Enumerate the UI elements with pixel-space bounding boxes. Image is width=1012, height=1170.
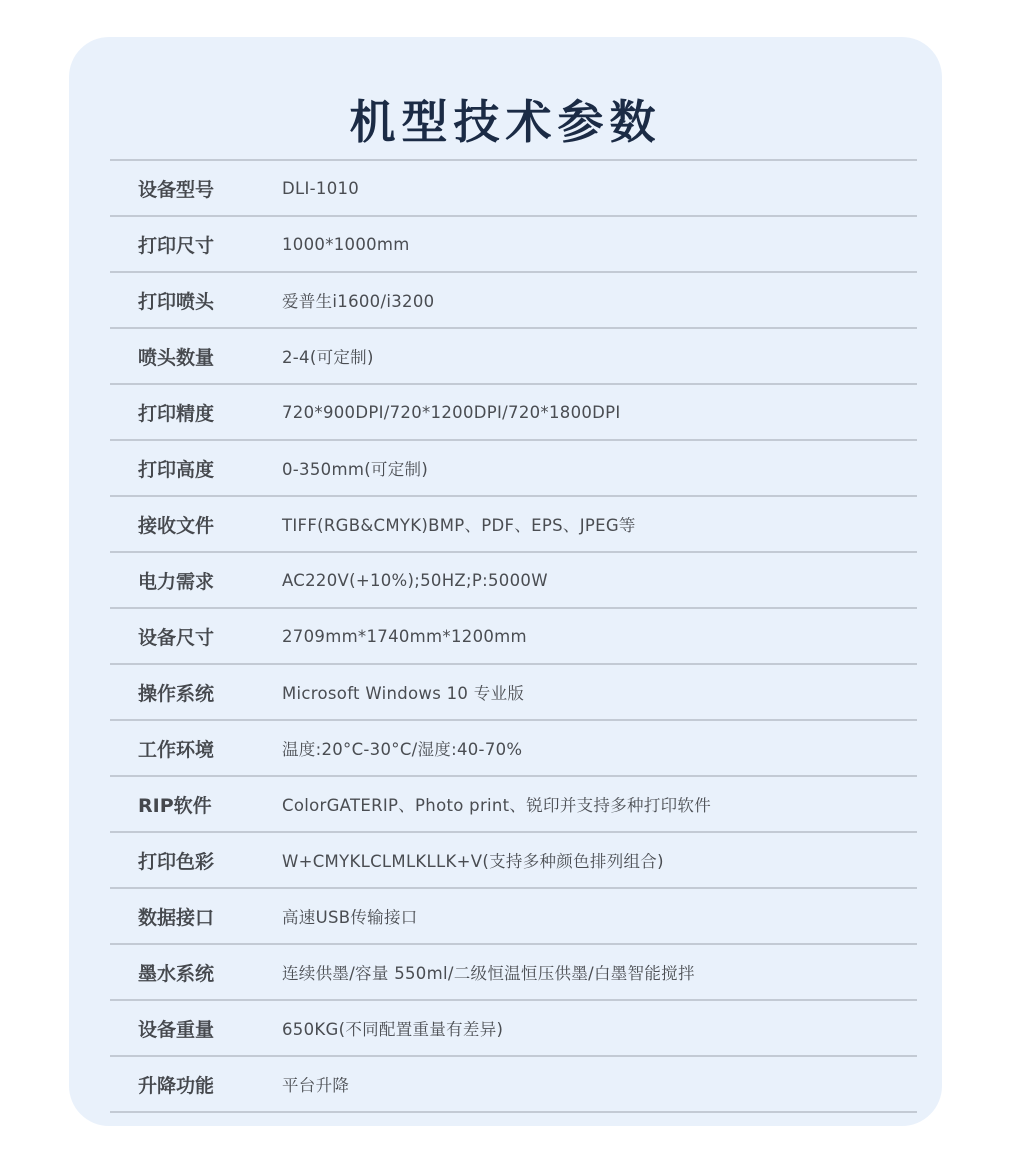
spec-value: 高速USB传输接口 [282,904,418,928]
spec-card: 机型技术参数 设备型号 DLI-1010 打印尺寸 1000*1000mm 打印… [69,37,942,1126]
spec-label: 数据接口 [138,903,214,930]
spec-value: 爱普生i1600/i3200 [282,288,434,312]
spec-row-file-formats: 接收文件 TIFF(RGB&CMYK)BMP、PDF、EPS、JPEG等 [110,497,917,551]
spec-label: 操作系统 [138,679,214,706]
spec-label: 打印高度 [138,455,214,482]
spec-table: 设备型号 DLI-1010 打印尺寸 1000*1000mm 打印喷头 爱普生i… [110,159,917,1113]
spec-row-power: 电力需求 AC220V(+10%);50HZ;P:5000W [110,553,917,607]
spec-row-dimensions: 设备尺寸 2709mm*1740mm*1200mm [110,609,917,663]
spec-value: W+CMYKLCLMLKLLK+V(支持多种颜色排列组合) [282,848,664,872]
spec-row-rip-software: RIP软件 ColorGATERIP、Photo print、锐印并支持多种打印… [110,777,917,831]
spec-label: 升降功能 [138,1071,214,1098]
spec-label: 电力需求 [138,567,214,594]
page-title: 机型技术参数 [69,99,942,145]
spec-value: 2-4(可定制) [282,344,374,368]
spec-value: DLI-1010 [282,179,359,198]
spec-label: 打印尺寸 [138,231,214,258]
spec-value: 连续供墨/容量 550ml/二级恒温恒压供墨/白墨智能搅拌 [282,960,695,984]
spec-label: 喷头数量 [138,343,214,370]
spec-label: 设备尺寸 [138,623,214,650]
spec-value: 0-350mm(可定制) [282,456,428,480]
spec-row-resolution: 打印精度 720*900DPI/720*1200DPI/720*1800DPI [110,385,917,439]
divider [110,1111,917,1113]
spec-row-print-size: 打印尺寸 1000*1000mm [110,217,917,271]
spec-value: 720*900DPI/720*1200DPI/720*1800DPI [282,403,621,422]
spec-value: 平台升降 [282,1072,349,1096]
spec-value: 1000*1000mm [282,235,410,254]
spec-label: 打印精度 [138,399,214,426]
spec-value: ColorGATERIP、Photo print、锐印并支持多种打印软件 [282,792,711,816]
spec-label: 设备重量 [138,1015,214,1042]
spec-label: 墨水系统 [138,959,214,986]
spec-value: Microsoft Windows 10 专业版 [282,680,524,704]
spec-row-environment: 工作环境 温度:20°C-30°C/湿度:40-70% [110,721,917,775]
spec-row-colors: 打印色彩 W+CMYKLCLMLKLLK+V(支持多种颜色排列组合) [110,833,917,887]
spec-label: 工作环境 [138,735,214,762]
spec-label: RIP软件 [138,791,212,818]
spec-value: TIFF(RGB&CMYK)BMP、PDF、EPS、JPEG等 [282,512,636,536]
spec-label: 接收文件 [138,511,214,538]
spec-value: AC220V(+10%);50HZ;P:5000W [282,571,548,590]
spec-row-model: 设备型号 DLI-1010 [110,161,917,215]
spec-value: 650KG(不同配置重量有差异) [282,1016,503,1040]
spec-label: 设备型号 [138,175,214,202]
spec-value: 温度:20°C-30°C/湿度:40-70% [282,736,522,760]
spec-label: 打印喷头 [138,287,214,314]
spec-row-printhead: 打印喷头 爱普生i1600/i3200 [110,273,917,327]
spec-row-weight: 设备重量 650KG(不同配置重量有差异) [110,1001,917,1055]
spec-label: 打印色彩 [138,847,214,874]
spec-row-lift: 升降功能 平台升降 [110,1057,917,1111]
spec-row-head-count: 喷头数量 2-4(可定制) [110,329,917,383]
spec-row-print-height: 打印高度 0-350mm(可定制) [110,441,917,495]
spec-row-os: 操作系统 Microsoft Windows 10 专业版 [110,665,917,719]
spec-value: 2709mm*1740mm*1200mm [282,627,527,646]
spec-row-data-interface: 数据接口 高速USB传输接口 [110,889,917,943]
spec-row-ink-system: 墨水系统 连续供墨/容量 550ml/二级恒温恒压供墨/白墨智能搅拌 [110,945,917,999]
